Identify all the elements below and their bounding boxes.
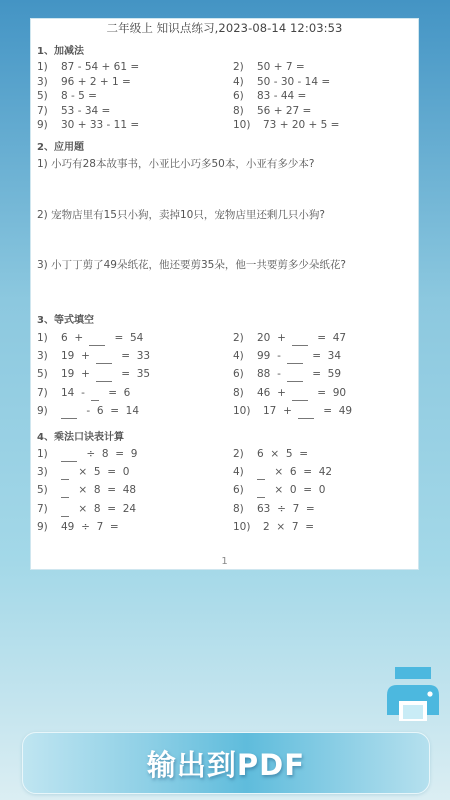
export-pdf-button[interactable]: 输出到PDF (22, 732, 430, 794)
answer-blank[interactable] (287, 363, 303, 364)
worksheet-page: 二年级上 知识点练习,2023-08-14 12:03:53 1、加减法 1)8… (30, 18, 419, 570)
word-problem: 2) 宠物店里有15只小狗，卖掉10只，宠物店里还剩几只小狗? (37, 207, 325, 222)
answer-blank[interactable] (96, 381, 112, 382)
page-number: 1 (31, 556, 418, 567)
section-heading-fill-blank: 3、等式填空 (37, 311, 94, 326)
answer-blank[interactable] (292, 345, 308, 346)
answer-blank[interactable] (292, 400, 308, 401)
printer-icon (375, 665, 439, 721)
answer-blank[interactable] (257, 479, 265, 480)
answer-blank[interactable] (61, 516, 69, 517)
section-heading-add-sub: 1、加减法 (37, 42, 84, 57)
section-heading-multiplication: 4、乘法口诀表计算 (37, 428, 124, 443)
answer-blank[interactable] (61, 479, 69, 480)
answer-blank[interactable] (61, 418, 77, 419)
answer-blank[interactable] (61, 497, 69, 498)
word-problem: 3) 小丁丁剪了49朵纸花，他还要剪35朵，他一共要剪多少朵纸花? (37, 257, 346, 272)
answer-blank[interactable] (61, 461, 77, 462)
worksheet-title: 二年级上 知识点练习,2023-08-14 12:03:53 (31, 20, 418, 36)
print-button[interactable] (375, 665, 439, 721)
export-pdf-label: 输出到PDF (147, 743, 305, 784)
answer-blank[interactable] (89, 345, 105, 346)
answer-blank[interactable] (257, 497, 265, 498)
answer-blank[interactable] (287, 381, 303, 382)
section-heading-word-problems: 2、应用题 (37, 138, 84, 153)
word-problem: 1) 小巧有28本故事书，小亚比小巧多50本，小亚有多少本? (37, 156, 314, 171)
answer-blank[interactable] (91, 400, 99, 401)
answer-blank[interactable] (298, 418, 314, 419)
answer-blank[interactable] (96, 363, 112, 364)
